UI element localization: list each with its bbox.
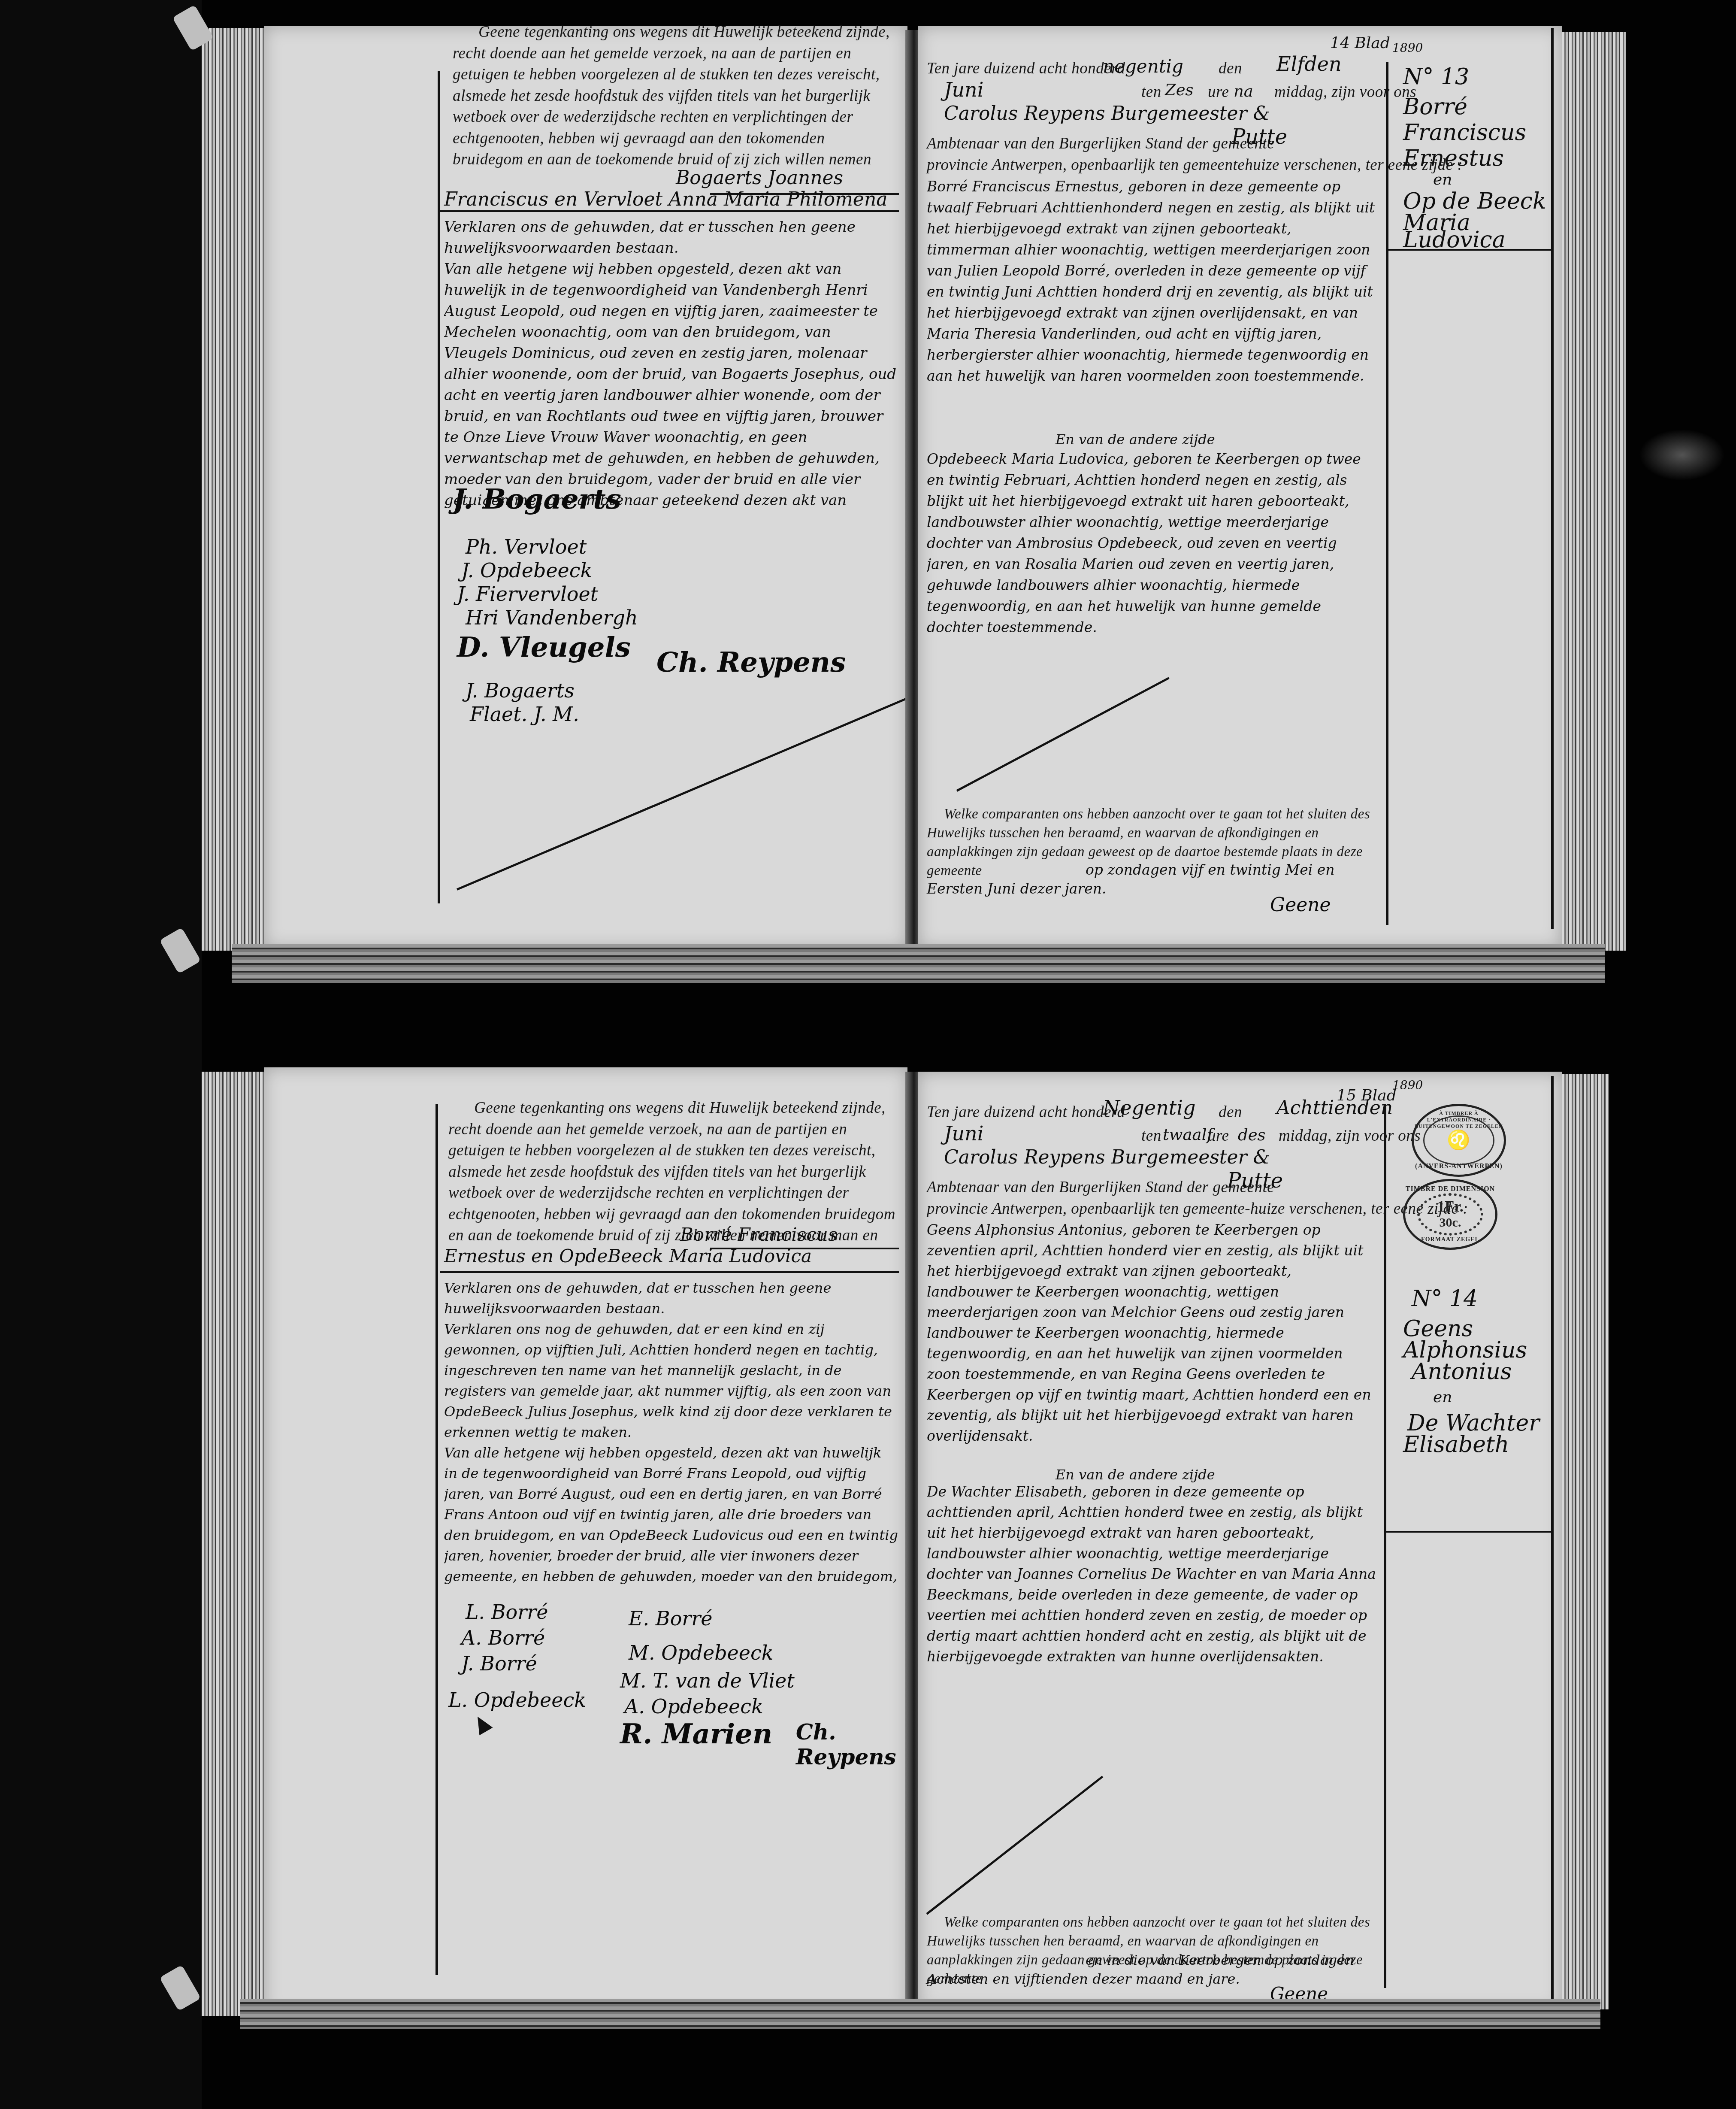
signature: M. Opdebeeck <box>629 1640 774 1665</box>
hour-handwritten: Zes <box>1165 79 1194 101</box>
month-handwritten: Juni <box>944 1123 983 1145</box>
hour-handwritten: twaalf <box>1163 1124 1213 1145</box>
corner-note: 1890 <box>1392 1078 1423 1092</box>
margin-name: Ernestus <box>1403 142 1504 175</box>
stamp-text: FORMAAT ZEGEL <box>1405 1236 1495 1243</box>
margin-name: Ludovica <box>1403 223 1506 257</box>
day-handwritten: Elfden <box>1276 54 1342 75</box>
page-frame-line <box>1551 1076 1554 1999</box>
ure-label: ure <box>1208 82 1229 103</box>
closing-word: Geene <box>1270 893 1331 918</box>
handwritten-body: Verklaren ons de gehuwden, dat er tussch… <box>444 1278 899 1591</box>
gemeente-handwritten: Putte <box>1227 1170 1283 1192</box>
month-handwritten: Juni <box>944 79 983 101</box>
page-frame-line <box>436 1104 438 1975</box>
ten-label: ten <box>1141 1125 1161 1147</box>
official-name: Carolus Reypens Burgemeester & <box>944 103 1270 124</box>
signature: Hri Vandenbergh <box>466 605 638 630</box>
bride-details: De Wachter Elisabeth, geboren in deze ge… <box>927 1482 1377 1692</box>
printed-provincie: provincie Antwerpen, openbaarlijk ten ge… <box>927 1198 1468 1220</box>
cancellation-line <box>926 1776 1103 1915</box>
year-handwritten: Negentig <box>1103 1097 1195 1119</box>
light-reflection <box>1639 429 1725 481</box>
printed-line: Ten jare duizend acht honderd <box>927 58 1125 79</box>
signature: J. Fiervervloet <box>457 582 598 606</box>
dimension-stamp: TIMBRE DE DIMENSION 1Fr. 30c. FORMAAT ZE… <box>1403 1179 1497 1250</box>
register-spread-2: Geene tegenkanting ons wegens dit Huweli… <box>0 1054 1736 2109</box>
stamp-text: (ANVERS-ANTWERPEN) <box>1414 1163 1504 1170</box>
signature: J. Bogaerts <box>453 487 621 512</box>
signature: L. Borré <box>466 1600 548 1624</box>
page-edges-left <box>202 28 266 951</box>
underline <box>440 1271 899 1273</box>
signature: A. Opdebeeck <box>624 1694 763 1719</box>
middag-label: middag, zijn voor ons <box>1274 82 1416 103</box>
printed-ambtenaar: Ambtenaar van den Burgerlijken Stand der… <box>927 133 1274 155</box>
underline <box>710 1248 899 1249</box>
day-handwritten: Achttienden <box>1276 1097 1393 1119</box>
printed-provincie: provincie Antwerpen, openbaarlijk ten ge… <box>927 155 1463 176</box>
left-page: Geene tegenkanting ons wegens dit Huweli… <box>264 1067 907 2016</box>
signature: Flaet. J. M. <box>470 702 579 727</box>
lion-emblem-icon: ♌ <box>1447 1132 1471 1148</box>
den-label: den <box>1219 1102 1242 1123</box>
andere-zijde: En van de andere zijde <box>1056 429 1215 451</box>
signature: J. Bogaerts <box>466 678 575 703</box>
right-page: 15 Blad 1890 Ten jare duizend acht honde… <box>918 1072 1562 2012</box>
page-edges-right <box>1562 32 1626 951</box>
stamp-text: À TIMBRER À L'EXTRAORDINAIRE · BUITENGEW… <box>1414 1110 1504 1130</box>
middag-label: middag, zijn voor ons <box>1279 1125 1421 1147</box>
stamp-text: TIMBRE DE DIMENSION <box>1405 1185 1495 1193</box>
folio-note: 14 Blad <box>1330 34 1390 52</box>
groom-details: Borré Franciscus Ernestus, geboren in de… <box>927 176 1377 429</box>
bride-details: Opdebeeck Maria Ludovica, geboren te Kee… <box>927 448 1377 663</box>
official-name: Carolus Reypens Burgemeester & <box>944 1147 1270 1168</box>
margin-name: Antonius <box>1412 1355 1512 1388</box>
page-edges-left <box>202 1072 266 2016</box>
signature: L. Opdebeeck <box>448 1688 586 1712</box>
signature: M. T. van de Vliet <box>620 1668 795 1693</box>
book-cover-left <box>0 1054 202 2109</box>
right-page: 14 Blad 1890 Ten jare duizend acht honde… <box>918 26 1562 948</box>
den-label: den <box>1219 58 1242 79</box>
book-cover-left <box>0 0 202 1054</box>
margin-column-line <box>1384 1104 1386 1988</box>
margin-divider <box>1384 1531 1553 1533</box>
act-number: N° 14 <box>1412 1282 1478 1315</box>
mouse-cursor-icon <box>471 1713 493 1736</box>
signature: J. Opdebeeck <box>461 558 592 583</box>
book-bottom-edge <box>240 1999 1600 2029</box>
page-frame-line <box>1551 28 1554 929</box>
corner-note: 1890 <box>1392 41 1423 55</box>
printed-intro: Geene tegenkanting ons wegens dit Huweli… <box>453 21 899 172</box>
book-bottom-edge <box>232 944 1605 983</box>
printed-line: Ten jare duizend acht honderd <box>927 1102 1125 1123</box>
signature: J. Borré <box>461 1651 537 1676</box>
underline <box>710 193 899 195</box>
page-edges-right <box>1562 1074 1609 2009</box>
handwritten-body: Verklaren ons de gehuwden, dat er tussch… <box>444 217 899 509</box>
gemeente-handwritten: Putte <box>1231 127 1287 148</box>
underline <box>440 210 899 212</box>
groom-details: Geens Alphonsius Antonius, geboren te Ke… <box>927 1220 1377 1464</box>
year-handwritten: negentig <box>1103 56 1183 77</box>
signature: R. Marien <box>620 1722 772 1747</box>
signature: D. Vleugels <box>457 635 631 660</box>
united-names: Bogaerts Joannes Franciscus en Vervloet … <box>444 167 899 193</box>
signature: Ph. Vervloet <box>466 534 587 559</box>
margin-column-line <box>1386 62 1388 925</box>
stamp-value: 1Fr. <box>1437 1198 1464 1215</box>
na-handwritten: des <box>1238 1124 1266 1146</box>
extraordinary-tax-stamp: À TIMBRER À L'EXTRAORDINAIRE · BUITENGEW… <box>1412 1104 1506 1177</box>
left-page: Geene tegenkanting ons wegens dit Huweli… <box>264 26 907 948</box>
printed-ambtenaar: Ambtenaar van den Burgerlijken Stand der… <box>927 1177 1274 1198</box>
register-spread-1: Geene tegenkanting ons wegens dit Huweli… <box>0 0 1736 1054</box>
signature: A. Borré <box>461 1625 545 1650</box>
cancellation-line <box>956 677 1170 791</box>
margin-name: Elisabeth <box>1403 1428 1509 1461</box>
page-frame-line <box>438 71 440 903</box>
signature: E. Borré <box>629 1606 713 1631</box>
na-handwritten: na <box>1234 81 1253 102</box>
act-number: N° 13 <box>1403 60 1469 94</box>
ure-label: ure <box>1208 1125 1229 1147</box>
stamp-value: 30c. <box>1440 1215 1461 1231</box>
official-signature: Ch. Reypens <box>656 650 846 675</box>
official-signature: Ch. Reypens <box>796 1720 907 1770</box>
ten-label: ten <box>1141 82 1161 103</box>
